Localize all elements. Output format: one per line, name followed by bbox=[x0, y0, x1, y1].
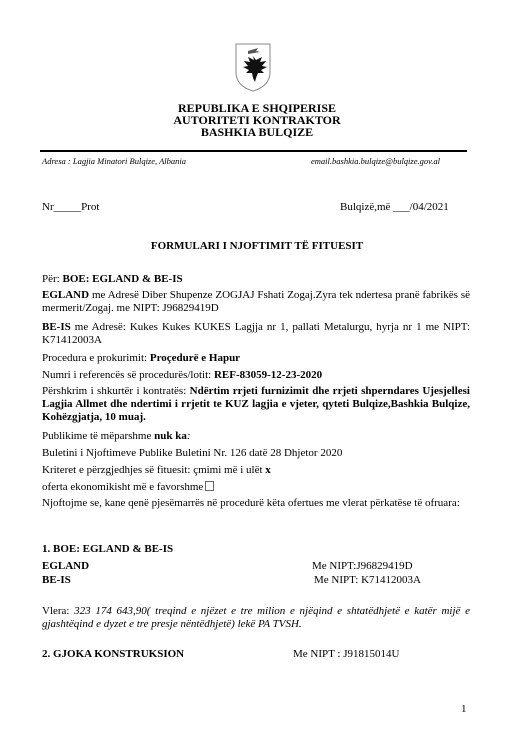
document-page: REPUBLIKA E SHQIPERISE AUTORITETI KONTRA… bbox=[0, 0, 514, 731]
beis-details: me Adresë: Kukes Kukes KUKES Lagjja nr 1… bbox=[42, 321, 470, 346]
bidder-1-value-text: 323 174 643,90( treqind e njëzet e tre m… bbox=[42, 605, 470, 630]
bidder-1-member-2-nipt: Me NIPT: K71412003A bbox=[314, 574, 421, 587]
publications-suffix: : bbox=[187, 430, 191, 442]
bulletin-line: Buletini i Njoftimeve Publike Buletini N… bbox=[42, 447, 342, 460]
bidder-2-nipt: Me NIPT : J91815014U bbox=[293, 648, 399, 661]
place-date: Bulqizë,më ___/04/2021 bbox=[340, 201, 449, 214]
bidder-1-value-paragraph: Vlera: 323 174 643,90( treqind e njëzet … bbox=[42, 605, 470, 631]
header-email[interactable]: email.bashkia.bulqize@bulqize.gov.al bbox=[311, 156, 440, 166]
publications-line: Publikime të mëparshme nuk ka: bbox=[42, 430, 191, 443]
description-label: Përshkrim i shkurtër i kontratës: bbox=[42, 385, 190, 397]
criteria-label: Kriteret e përzgjedhjes së fituesit: çmi… bbox=[42, 464, 265, 476]
reference-label: Numri i referencës së procedurës/lotit: bbox=[42, 369, 214, 381]
criteria-line: Kriteret e përzgjedhjes së fituesit: çmi… bbox=[42, 464, 271, 477]
publications-label: Publikime të mëparshme bbox=[42, 430, 154, 442]
bidder-1-title: 1. BOE: EGLAND & BE-IS bbox=[42, 543, 173, 556]
protocol-number: Nr_____Prot bbox=[42, 201, 99, 214]
recipient-value: BOE: EGLAND & BE-IS bbox=[62, 273, 182, 285]
procedure-value: Proçedurë e Hapur bbox=[150, 352, 240, 364]
header-municipality: BASHKIA BULQIZE bbox=[0, 126, 514, 138]
document-title: FORMULARI I NJOFTIMIT TË FITUESIT bbox=[0, 240, 514, 253]
beis-name: BE-IS bbox=[42, 321, 71, 333]
bidder-2-title: 2. GJOKA KONSTRUKSION bbox=[42, 648, 184, 661]
bidder-1-member-2-name: BE-IS bbox=[42, 574, 71, 587]
bidder-1-member-1-nipt: Me NIPT:J96829419D bbox=[312, 560, 413, 573]
egland-paragraph: EGLAND me Adresë Diber Shupenze ZOGJAJ F… bbox=[42, 289, 470, 315]
header-address: Adresa : Lagjia Minatori Bulqize, Albani… bbox=[42, 156, 186, 166]
checkbox-icon bbox=[205, 481, 214, 491]
procedure-label: Procedura e prokurimit: bbox=[42, 352, 150, 364]
criteria-option2-label: oferta ekonomikisht më e favorshme bbox=[42, 481, 203, 493]
notice-paragraph: Njoftojme se, kane qenë pjesëmarrës në p… bbox=[42, 497, 462, 510]
header-divider bbox=[40, 150, 467, 152]
reference-value: REF-83059-12-23-2020 bbox=[214, 369, 322, 381]
criteria-lowest-price-mark: x bbox=[265, 464, 271, 476]
egland-details: me Adresë Diber Shupenze ZOGJAJ Fshati Z… bbox=[42, 289, 470, 314]
publications-value: nuk ka bbox=[154, 430, 187, 442]
reference-line: Numri i referencës së procedurës/lotit: … bbox=[42, 369, 322, 382]
page-number: 1 bbox=[461, 703, 467, 716]
egland-name: EGLAND bbox=[42, 289, 89, 301]
albanian-coat-of-arms-icon bbox=[234, 42, 272, 92]
procedure-line: Procedura e prokurimit: Proçedurë e Hapu… bbox=[42, 352, 240, 365]
bidder-1-value-label: Vlera: bbox=[42, 605, 74, 617]
beis-paragraph: BE-IS me Adresë: Kukes Kukes KUKES Lagjj… bbox=[42, 321, 470, 347]
description-paragraph: Përshkrim i shkurtër i kontratës: Ndërti… bbox=[42, 385, 470, 424]
recipient-line: Për: BOE: EGLAND & BE-IS bbox=[42, 273, 183, 286]
criteria-option2-line: oferta ekonomikisht më e favorshme bbox=[42, 481, 214, 494]
recipient-label: Për: bbox=[42, 273, 62, 285]
bidder-1-member-1-name: EGLAND bbox=[42, 560, 89, 573]
